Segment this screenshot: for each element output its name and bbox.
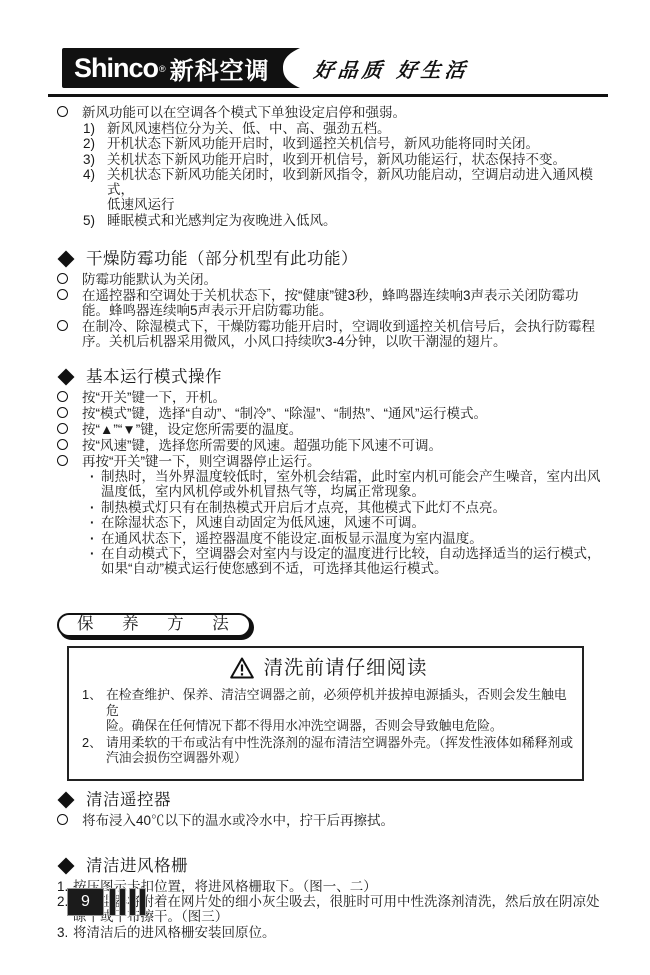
basic-mode-section: 基本运行模式操作 按“开关”键一下，开机。 按“模式”键，选择“自动”、“制冷”… [57, 370, 604, 577]
note-item: · 制热时，当外界温度较低时，室外机会结霜，此时室内机可能会产生噪音，室内出风 … [57, 469, 604, 499]
item-text: 在制冷、除湿模式下，干燥防霉功能开启时，空调收到遥控关机信号后，会执行防霉程 序… [82, 319, 604, 349]
header-divider [48, 94, 608, 97]
note-item: · 在除湿状态下，风速自动固定为低风速，风速不可调。 [57, 515, 604, 530]
diamond-icon [58, 792, 75, 809]
brand-slogan: 好品质 好生活 [312, 54, 470, 83]
list-item: 再按“开关”键一下，则空调器停止运行。 [57, 454, 604, 469]
warning-item: 2、 请用柔软的干布或沾有中性洗涤剂的湿布清洁空调器外壳。（挥发性液体如稀释剂或… [82, 735, 576, 766]
circle-bullet-icon [57, 455, 68, 466]
maintenance-badge: 保 养 方 法 [57, 613, 251, 637]
item-number: 2) [83, 136, 107, 151]
item-text: 按压图示卡扣位置，将进风格栅取下。（图一、二） [73, 879, 604, 894]
footer-bar [109, 888, 116, 916]
section-heading: 基本运行模式操作 [57, 370, 604, 385]
list-item: 在制冷、除湿模式下，干燥防霉功能开启时，空调收到遥控关机信号后，会执行防霉程 序… [57, 319, 604, 349]
item-text: 在遥控器和空调处于关机状态下，按“健康”键3秒，蜂鸣器连续响3声表示关闭防霉功 … [82, 288, 604, 318]
brand-name-en: Shinco [74, 53, 158, 84]
circle-bullet-icon [57, 106, 68, 117]
dot-bullet-icon: · [90, 546, 101, 576]
warning-item: 1、 在检查维护、保养、清洁空调器之前，必须停机并拔掉电源插头，否则会发生触电危… [82, 687, 576, 734]
brand-logo-box: Shinco ® 新科空调 [62, 48, 274, 88]
registered-mark-icon: ® [159, 64, 166, 74]
diamond-icon [58, 858, 75, 875]
item-text: 按“模式”键，选择“自动”、“制冷”、“除湿”、“制热”、“通风”运行模式。 [82, 406, 604, 421]
list-item: 按“风速”键，选择您所需要的风速。超强功能下风速不可调。 [57, 438, 604, 453]
circle-bullet-icon [57, 391, 68, 402]
list-item: 2) 开机状态下新风功能开启时，收到遥控关机信号，新风功能将同时关闭。 [57, 136, 604, 151]
item-text: 关机状态下新风功能关闭时，收到新风指令，新风功能启动，空调启动进入通风模式， 低… [107, 167, 604, 212]
item-text: 在通风状态下，遥控器温度不能设定.面板显示温度为室内温度。 [101, 531, 604, 546]
item-text: 开机状态下新风功能开启时，收到遥控关机信号，新风功能将同时关闭。 [107, 136, 604, 151]
clean-remote-section: 清洁遥控器 将布浸入40℃以下的温水或冷水中，拧干后再擦拭。 [57, 793, 604, 828]
item-text: 按“风速”键，选择您所需要的风速。超强功能下风速不可调。 [82, 438, 604, 453]
section-heading: 清洁进风格栅 [57, 859, 604, 874]
note-item: · 在自动模式下，空调器会对室内与设定的温度进行比较，自动选择适当的运行模式， … [57, 546, 604, 576]
item-text: 新风风速档位分为关、低、中、高、强劲五档。 [107, 121, 604, 136]
brand-name-cn: 新科空调 [170, 51, 270, 86]
item-text: 按“▲”“▼”键，设定您所需要的温度。 [82, 422, 604, 437]
item-number: 2、 [82, 735, 106, 766]
circle-bullet-icon [57, 814, 68, 825]
item-text: 在检查维护、保养、清洁空调器之前，必须停机并拔掉电源插头，否则会发生触电危 险。… [106, 687, 576, 734]
section-title: 清洁进风格栅 [86, 859, 188, 874]
brand-logo: Shinco ® 新科空调 [62, 48, 300, 88]
footer-bar [119, 888, 126, 916]
dot-bullet-icon: · [90, 515, 101, 530]
section-title: 基本运行模式操作 [86, 370, 222, 385]
circle-bullet-icon [57, 320, 68, 331]
list-item: 按“模式”键，选择“自动”、“制冷”、“除湿”、“制热”、“通风”运行模式。 [57, 406, 604, 421]
dot-bullet-icon: · [90, 531, 101, 546]
list-item: 在遥控器和空调处于关机状态下，按“健康”键3秒，蜂鸣器连续响3声表示关闭防霉功 … [57, 288, 604, 318]
page-number-box: 9 [67, 888, 104, 916]
item-text: 将布浸入40℃以下的温水或冷水中，拧干后再擦拭。 [82, 813, 604, 828]
warning-title: 清洗前请仔细阅读 [263, 661, 427, 676]
note-item: · 制热模式灯只有在制热模式开启后才点亮，其他模式下此灯不点亮。 [57, 500, 604, 515]
item-number: 4) [83, 167, 107, 212]
item-text: 在自动模式下，空调器会对室内与设定的温度进行比较，自动选择适当的运行模式， 如果… [101, 546, 604, 576]
step-item: 3. 将清洁后的进风格栅安装回原位。 [57, 925, 604, 940]
footer-bar [129, 888, 136, 916]
item-text: 将清洁后的进风格栅安装回原位。 [73, 925, 604, 940]
list-item: 3) 关机状态下新风功能开启时，收到开机信号，新风功能运行，状态保持不变。 [57, 152, 604, 167]
diamond-icon [58, 369, 75, 386]
item-text: 关机状态下新风功能开启时，收到开机信号，新风功能运行，状态保持不变。 [107, 152, 604, 167]
item-text: 按“开关”键一下，开机。 [82, 390, 604, 405]
list-item: 4) 关机状态下新风功能关闭时，收到新风指令，新风功能启动，空调启动进入通风模式… [57, 167, 604, 212]
page-footer: 9 [67, 888, 149, 916]
section-heading: 清洁遥控器 [57, 793, 604, 808]
section-title: 干燥防霉功能（部分机型有此功能） [86, 252, 358, 267]
item-number: 3) [83, 152, 107, 167]
item-text: 新风功能可以在空调各个模式下单独设定启停和强弱。 [82, 105, 604, 120]
list-item: 按“▲”“▼”键，设定您所需要的温度。 [57, 422, 604, 437]
item-text: 再按“开关”键一下，则空调器停止运行。 [82, 454, 604, 469]
item-text: 防霉功能默认为关闭。 [82, 272, 604, 287]
warning-triangle-icon [230, 657, 254, 679]
list-item: 新风功能可以在空调各个模式下单独设定启停和强弱。 [57, 105, 604, 120]
item-text: 在除湿状态下，风速自动固定为低风速，风速不可调。 [101, 515, 604, 530]
item-text: 制热模式灯只有在制热模式开启后才点亮，其他模式下此灯不点亮。 [101, 500, 604, 515]
item-text: 请用柔软的干布或沾有中性洗涤剂的湿布清洁空调器外壳。（挥发性液体如稀释剂或 汽油… [106, 735, 576, 766]
item-number: 1) [83, 121, 107, 136]
item-number: 1、 [82, 687, 106, 734]
dot-bullet-icon: · [90, 500, 101, 515]
list-item: 防霉功能默认为关闭。 [57, 272, 604, 287]
crescent-icon [274, 48, 300, 88]
manual-page: Shinco ® 新科空调 好品质 好生活 新风功能可以在空调各个模式下单独设定… [0, 0, 650, 975]
page-header: Shinco ® 新科空调 好品质 好生活 [62, 48, 650, 88]
circle-bullet-icon [57, 289, 68, 300]
page-number: 9 [81, 893, 90, 911]
dot-bullet-icon: · [90, 469, 101, 499]
item-text: 睡眠模式和光感判定为夜晚进入低风。 [107, 213, 604, 228]
diamond-icon [58, 251, 75, 268]
item-number: 5) [83, 213, 107, 228]
section-title: 清洁遥控器 [86, 793, 171, 808]
circle-bullet-icon [57, 439, 68, 450]
warning-box: 清洗前请仔细阅读 1、 在检查维护、保养、清洁空调器之前，必须停机并拔掉电源插头… [67, 646, 584, 781]
page-content: 新风功能可以在空调各个模式下单独设定启停和强弱。 1) 新风风速档位分为关、低、… [0, 105, 650, 940]
list-item: 按“开关”键一下，开机。 [57, 390, 604, 405]
item-text: 制热时，当外界温度较低时，室外机会结霜，此时室内机可能会产生噪音，室内出风 温度… [101, 469, 604, 499]
list-item: 将布浸入40℃以下的温水或冷水中，拧干后再擦拭。 [57, 813, 604, 828]
warning-title-row: 清洗前请仔细阅读 [82, 657, 576, 679]
maintenance-section: 保 养 方 法 清洗前请仔细阅读 1、 在检查维护、保养、清洁空调器之前，必须停… [57, 576, 604, 940]
list-item: 1) 新风风速档位分为关、低、中、高、强劲五档。 [57, 121, 604, 136]
dry-mould-section: 干燥防霉功能（部分机型有此功能） 防霉功能默认为关闭。 在遥控器和空调处于关机状… [57, 252, 604, 349]
section-heading: 干燥防霉功能（部分机型有此功能） [57, 252, 604, 267]
list-item: 5) 睡眠模式和光感判定为夜晚进入低风。 [57, 213, 604, 228]
circle-bullet-icon [57, 273, 68, 284]
footer-bars [109, 888, 149, 916]
circle-bullet-icon [57, 407, 68, 418]
footer-bar [139, 888, 146, 916]
fresh-air-section: 新风功能可以在空调各个模式下单独设定启停和强弱。 1) 新风风速档位分为关、低、… [57, 105, 604, 228]
item-text: 用吸尘器将附着在网片处的细小灰尘吸去，很脏时可用中性洗涤剂清洗，然后放在阴凉处 … [73, 894, 604, 924]
note-item: · 在通风状态下，遥控器温度不能设定.面板显示温度为室内温度。 [57, 531, 604, 546]
item-number: 3. [57, 925, 73, 940]
circle-bullet-icon [57, 423, 68, 434]
